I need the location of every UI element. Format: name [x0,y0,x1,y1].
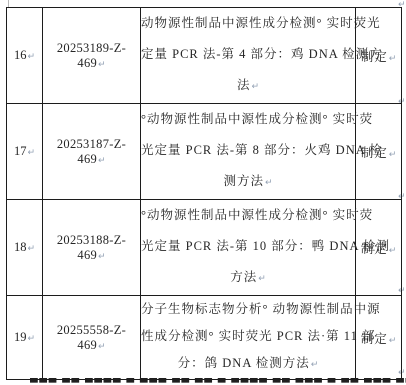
row-number: 19 [14,330,27,344]
return-mark: ↵ [251,82,259,92]
return-mark: ↵ [389,150,397,160]
title-line: 测方法↵ [141,166,355,199]
title-line: °动物源性制品中源性成分检测° 实时荧 [141,200,355,231]
row-number-cell: 19↵ [7,296,43,380]
title-line: 动物源性制品中源性成分检测° 实时荧光 [141,8,355,39]
row-number-cell: 17↵ [7,104,43,200]
project-code: 20255558-Z-469 [57,323,126,352]
row-number: 17 [14,144,27,158]
table-row: 19↵ 20255558-Z-469↵ 分子生物标志物分析° 动物源性制品中源 … [7,296,402,380]
row-number-cell: 16↵ [7,8,43,104]
return-mark: ↵ [311,360,319,370]
return-mark: ↵ [27,244,35,254]
table-row: 16↵ 20253189-Z-469↵ 动物源性制品中源性成分检测° 实时荧光 … [7,8,402,104]
standards-plan-table: 16↵ 20253189-Z-469↵ 动物源性制品中源性成分检测° 实时荧光 … [6,7,402,380]
title-line: 分：鸽 DNA 检测方法↵ [141,350,355,379]
return-mark: ↵ [258,274,266,284]
table-row: 18↵ 20253188-Z-469↵ °动物源性制品中源性成分检测° 实时荧 … [7,200,402,296]
project-title-cell: °动物源性制品中源性成分检测° 实时荧 光定量 PCR 法-第 10 部分：鸭 … [141,200,356,296]
return-mark: ↵ [98,342,106,352]
return-mark: ↵ [27,148,35,158]
return-mark: ↵ [98,156,106,166]
project-code-cell: 20253189-Z-469↵ [43,8,141,104]
status-text: 制定 [361,146,388,160]
row-number: 16 [14,48,27,62]
project-title-cell: 动物源性制品中源性成分检测° 实时荧光 定量 PCR 法-第 4 部分：鸡 DN… [141,8,356,104]
row-number: 18 [14,240,27,254]
title-line: 光定量 PCR 法-第 8 部分：火鸡 DNA 检 [141,135,355,166]
return-mark: ↵ [98,60,106,70]
table-row: 17↵ 20253187-Z-469↵ °动物源性制品中源性成分检测° 实时荧 … [7,104,402,200]
project-code-cell: 20253188-Z-469↵ [43,200,141,296]
previous-row-border-remnant [8,0,9,7]
project-title-cell: °动物源性制品中源性成分检测° 实时荧 光定量 PCR 法-第 8 部分：火鸡 … [141,104,356,200]
project-code: 20253187-Z-469 [57,137,126,166]
title-line: °动物源性制品中源性成分检测° 实时荧 [141,104,355,135]
document-page: ↵ ↵ ↵ ↵ ↵ 16↵ 20253189-Z-469↵ 动物源性制品中源性成… [0,0,406,385]
return-mark: ↵ [98,252,106,262]
project-code-cell: 20253187-Z-469↵ [43,104,141,200]
project-code-cell: 20255558-Z-469↵ [43,296,141,380]
clipped-text-line: ▀▀▀ ▀▀ ▀▀▀▀ ▀ ▀▀▀ ▀▀ ▀▀ ▀ ▀▀▀▀ ▀▀ ▀▀▀ ▀ … [30,378,406,385]
return-mark: ↵ [27,52,35,62]
title-line: 光定量 PCR 法-第 10 部分：鸭 DNA 检测 [141,231,355,262]
title-line: 定量 PCR 法-第 4 部分：鸡 DNA 检测方 [141,39,355,70]
return-mark: ↵ [389,336,397,346]
return-mark: ↵ [265,178,273,188]
title-line: 方法↵ [141,262,355,295]
status-text: 制定 [361,332,388,346]
title-line: 分子生物标志物分析° 动物源性制品中源 [141,296,355,323]
project-title-cell: 分子生物标志物分析° 动物源性制品中源 性成分检测° 实时荧光 PCR 法·第 … [141,296,356,380]
return-mark: ↵ [27,334,35,344]
title-line: 法↵ [141,70,355,103]
project-code: 20253188-Z-469 [57,233,126,262]
return-mark: ↵ [389,246,397,256]
return-mark: ↵ [389,54,397,64]
status-text: 制定 [361,242,388,256]
row-number-cell: 18↵ [7,200,43,296]
project-code: 20253189-Z-469 [57,41,126,70]
title-line: 性成分检测° 实时荧光 PCR 法·第 11 部 [141,323,355,350]
status-text: 制定 [361,50,388,64]
